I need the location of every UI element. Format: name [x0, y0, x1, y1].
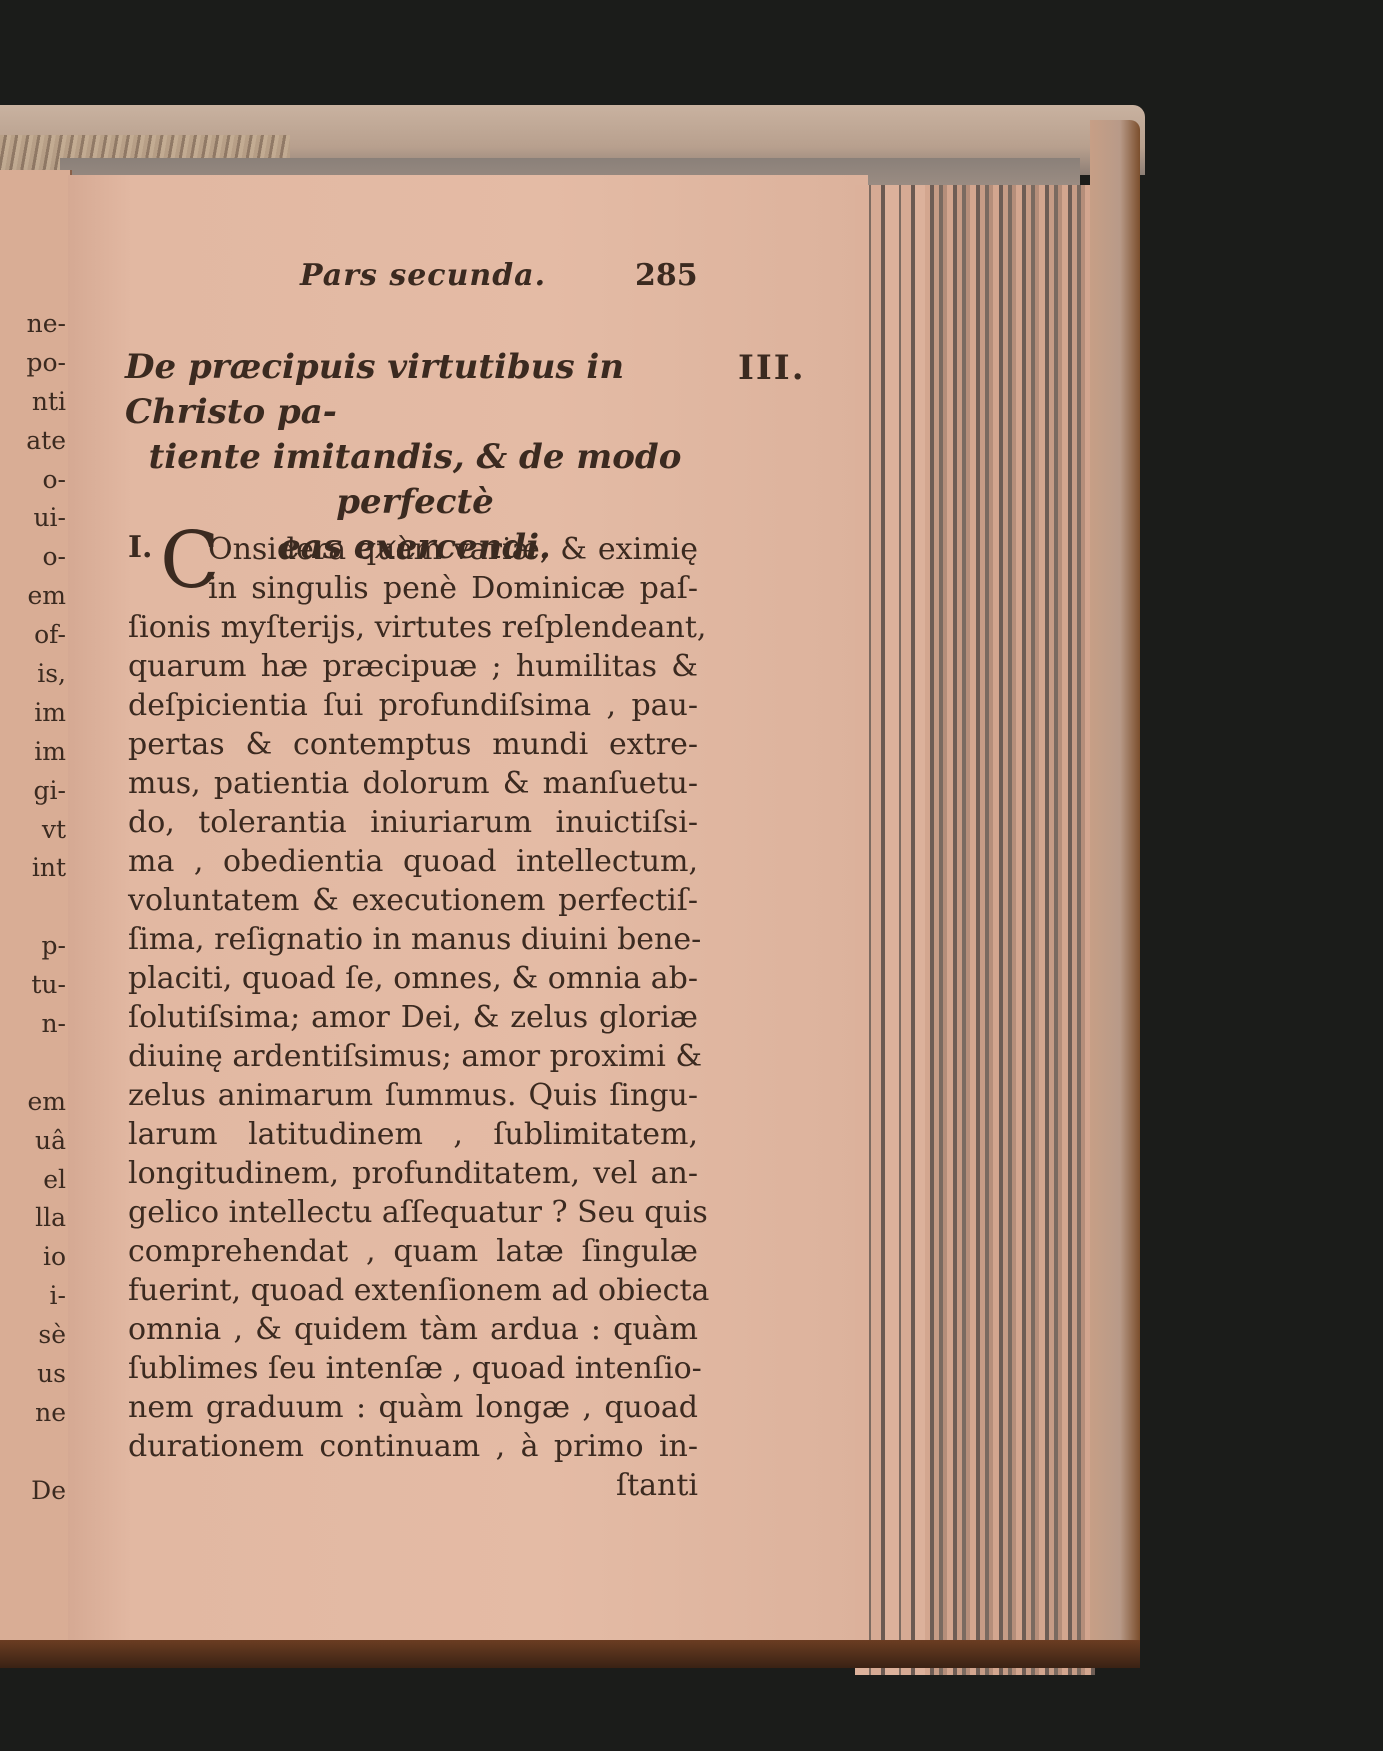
margin-fragment: el [0, 1161, 66, 1200]
margin-fragment: im [0, 694, 66, 733]
text-line: in singulis penè Dominicæ paſ- [208, 569, 698, 608]
margin-fragment: ne [0, 1394, 66, 1433]
margin-fragment: i- [0, 1277, 66, 1316]
margin-fragment: im [0, 733, 66, 772]
margin-fragment: int [0, 849, 66, 888]
text-line: deſpicientia ſui profundiſsima , pau- [128, 686, 698, 725]
text-line: do, tolerantia iniuriarum inuictiſsi- [128, 803, 698, 842]
cover-edge [1090, 120, 1140, 1650]
margin-fragment: p- [0, 927, 66, 966]
text-line: quarum hæ præcipuæ ; humilitas & [128, 647, 698, 686]
text-line: mus, patientia dolorum & manſuetu- [128, 764, 698, 803]
chapter-number: III. [738, 348, 806, 388]
text-line: diuinę ardentiſsimus; amor proximi & [128, 1037, 698, 1076]
text-line: larum latitudinem , ſublimitatem, [128, 1115, 698, 1154]
margin-fragment: n- [0, 1005, 66, 1044]
margin-fragment: io [0, 1238, 66, 1277]
margin-fragment: em [0, 577, 66, 616]
text-line: ſima, reſignatio in manus diuini bene- [128, 920, 698, 959]
margin-fragment: of- [0, 616, 66, 655]
text-line: placiti, quoad ſe, omnes, & omnia ab- [128, 959, 698, 998]
title-line: De præcipuis virtutibus in Christo pa- [125, 345, 705, 435]
bottom-cover [0, 1640, 1140, 1668]
margin-fragment: em [0, 1083, 66, 1122]
title-line: tiente imitandis, & de modo perfectè [125, 435, 705, 525]
margin-fragment: us [0, 1355, 66, 1394]
body-text: ſionis myſterijs, virtutes reſplendeant,… [128, 608, 698, 1505]
margin-fragment: uâ [0, 1122, 66, 1161]
text-line: ma , obedientia quoad intellectum, [128, 842, 698, 881]
text-line: gelico intellectu aſſequatur ? Seu quis [128, 1193, 698, 1232]
text-line: nem graduum : quàm longæ , quoad [128, 1388, 698, 1427]
margin-fragment: sè [0, 1316, 66, 1355]
fore-edge-near-pages [855, 185, 925, 1675]
text-line: ſionis myſterijs, virtutes reſplendeant, [128, 608, 698, 647]
text-line: durationem continuam , à primo in- [128, 1427, 698, 1466]
text-line: ſublimes ſeu intenſæ , quoad intenſio- [128, 1349, 698, 1388]
catchword: ſtanti [128, 1466, 698, 1505]
margin-fragment: o- [0, 461, 66, 500]
text-line: omnia , & quidem tàm ardua : quàm [128, 1310, 698, 1349]
margin-fragment: is, [0, 655, 66, 694]
margin-fragment: De [0, 1472, 66, 1511]
margin-fragment: tu- [0, 966, 66, 1005]
margin-fragment [0, 1044, 66, 1083]
margin-fragment: lla [0, 1199, 66, 1238]
text-line: comprehendat , quam latæ ſingulæ [128, 1232, 698, 1271]
text-line: zelus animarum ſummus. Quis ſingu- [128, 1076, 698, 1115]
previous-page-line-endings: ne-po-ntiateo-ui-o-emof-is,imimgi-vtintp… [0, 305, 66, 1511]
text-line: Onsidera quàm variæ, & eximię [208, 530, 698, 569]
text-line: longitudinem, profunditatem, vel an- [128, 1154, 698, 1193]
margin-fragment: vt [0, 811, 66, 850]
page-number: 285 [635, 258, 698, 293]
first-lines: Onsidera quàm variæ, & eximię in singuli… [208, 530, 698, 608]
margin-fragment: po- [0, 344, 66, 383]
margin-fragment: ate [0, 422, 66, 461]
book-scan: ne-po-ntiateo-ui-o-emof-is,imimgi-vtintp… [0, 0, 1383, 1751]
text-line: pertas & contemptus mundi extre- [128, 725, 698, 764]
margin-fragment: gi- [0, 772, 66, 811]
margin-fragment: ui- [0, 499, 66, 538]
text-line: ſolutiſsima; amor Dei, & zelus gloriæ [128, 998, 698, 1037]
paragraph-number: I. [128, 530, 152, 565]
margin-fragment [0, 888, 66, 927]
margin-fragment: nti [0, 383, 66, 422]
text-line: fuerint, quoad extenſionem ad obiecta [128, 1271, 698, 1310]
margin-fragment: o- [0, 538, 66, 577]
margin-fragment [0, 1433, 66, 1472]
running-head: Pars secunda. [300, 258, 546, 293]
margin-fragment: ne- [0, 305, 66, 344]
text-line: voluntatem & executionem perfectiſ- [128, 881, 698, 920]
